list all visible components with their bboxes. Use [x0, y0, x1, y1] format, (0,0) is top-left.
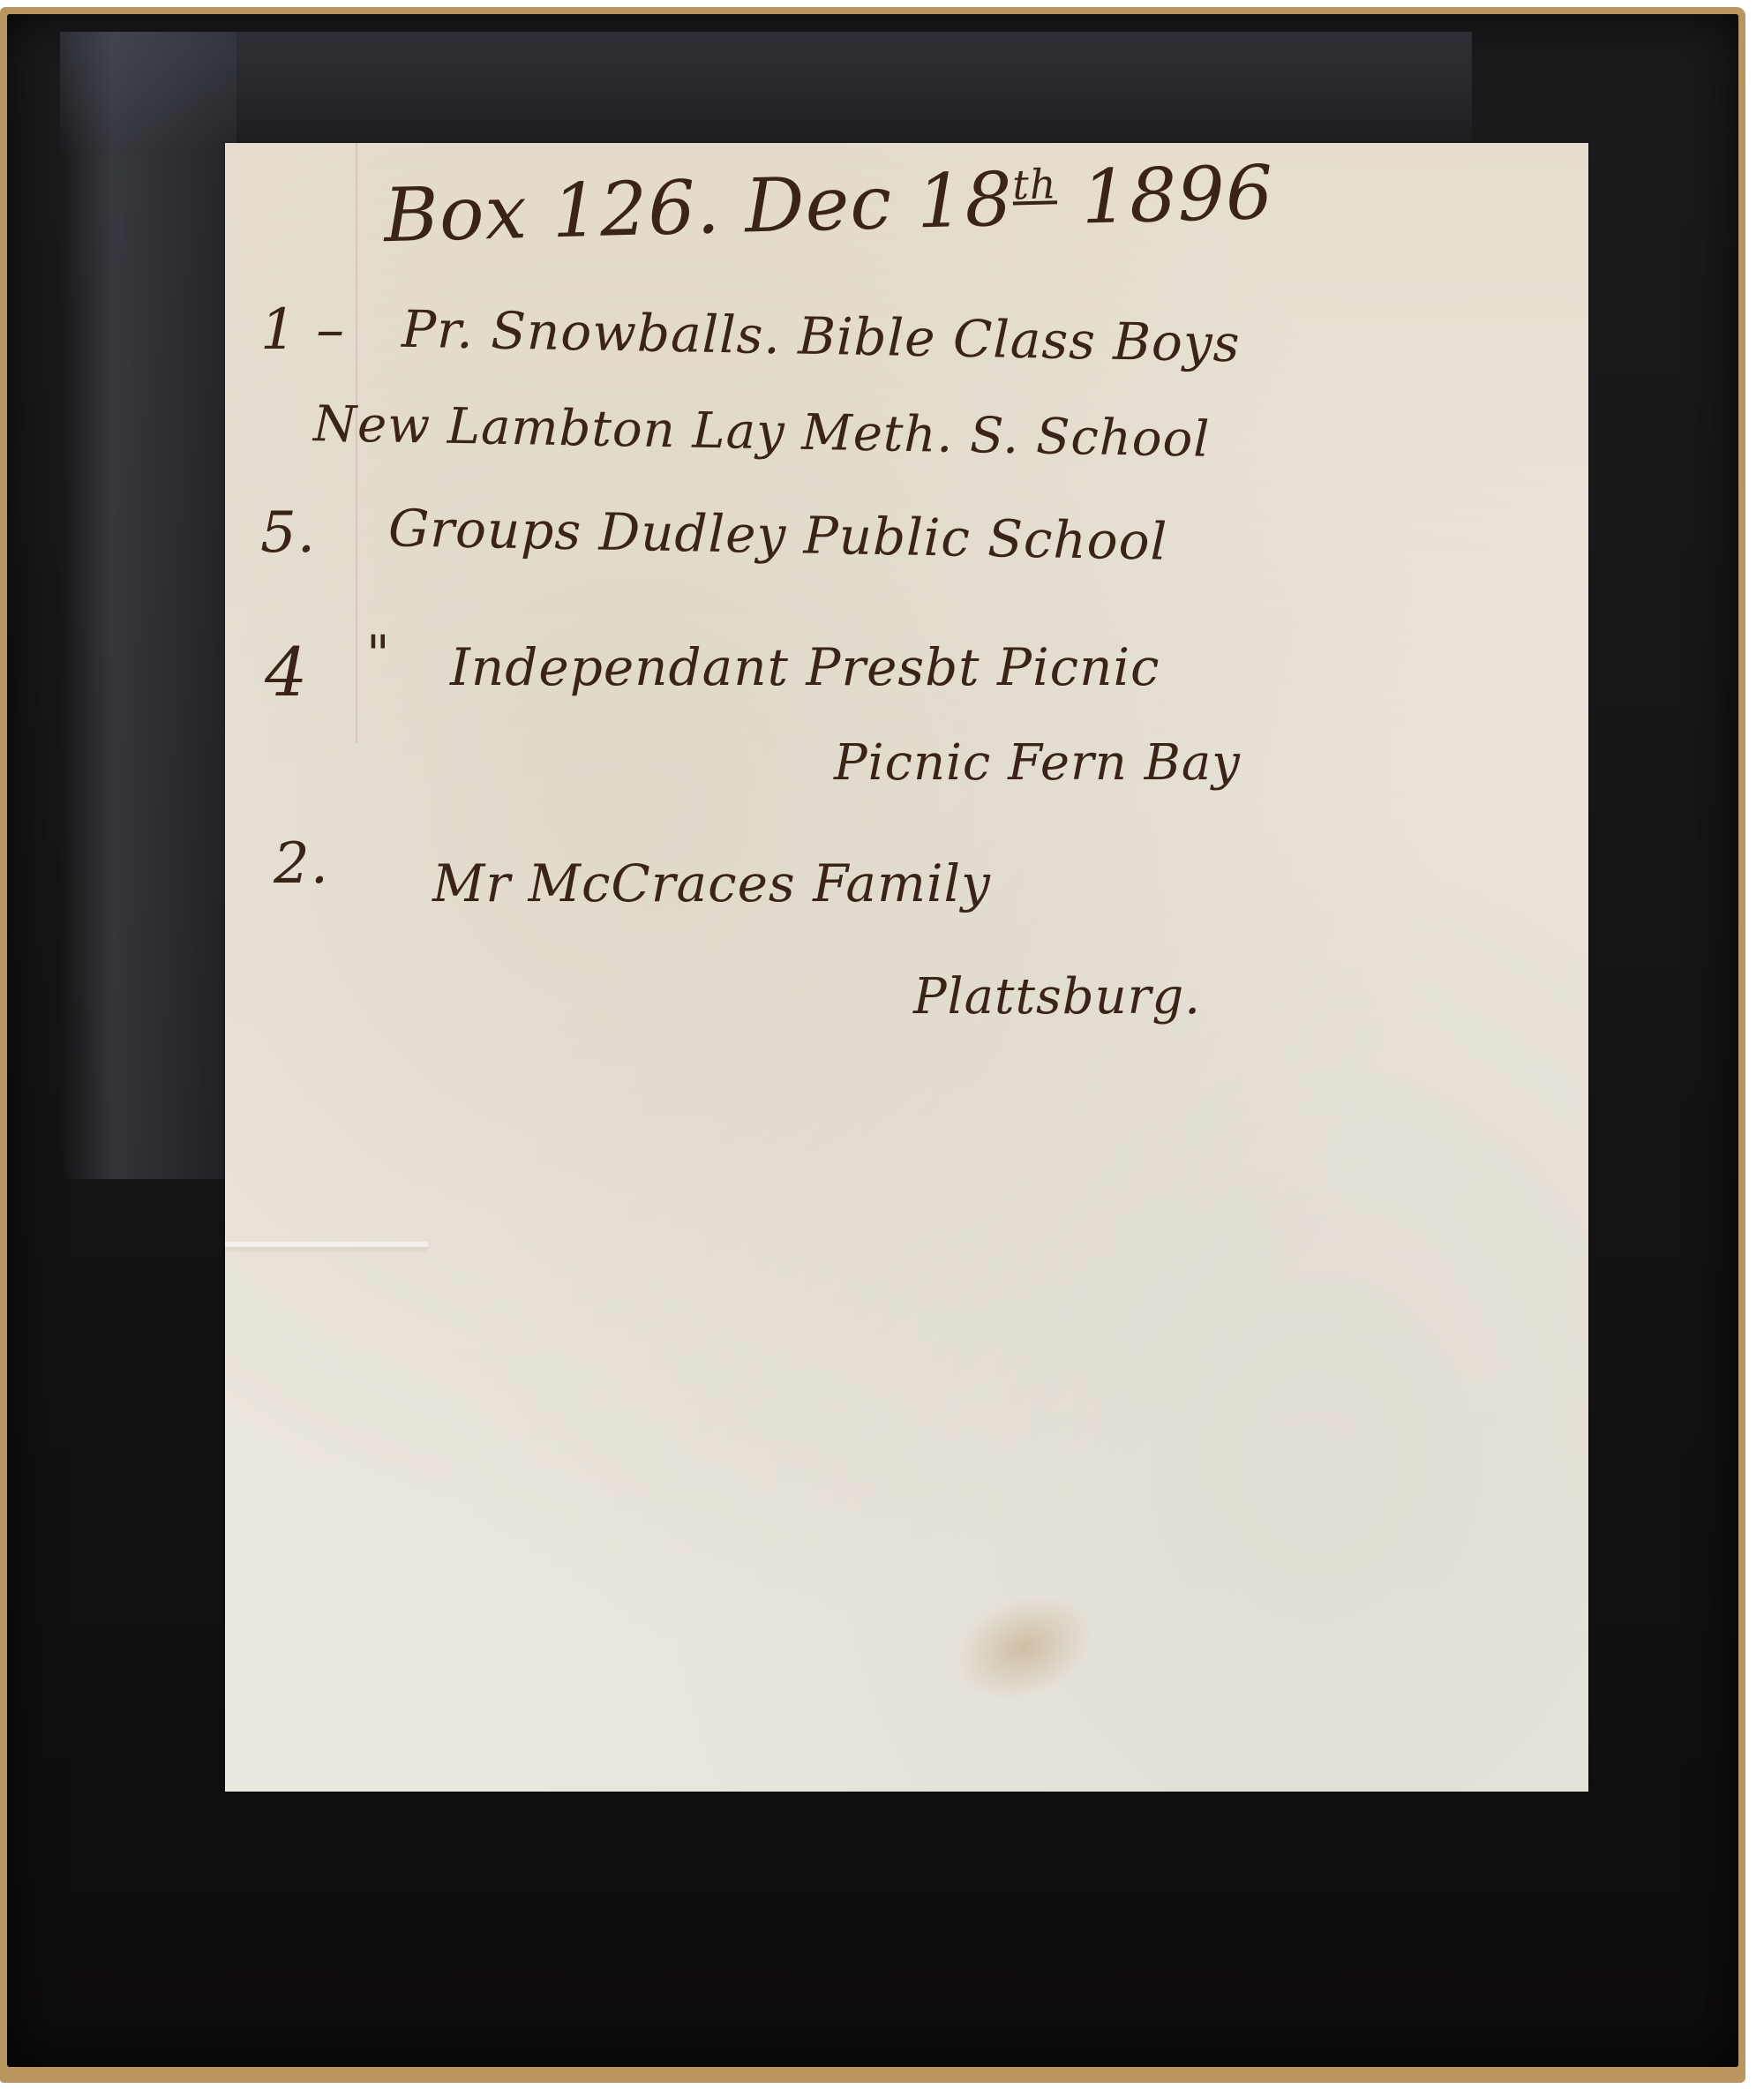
paper-stain [941, 1578, 1107, 1717]
entry-number: 1 – [260, 297, 345, 363]
entry-number: 5. [260, 500, 316, 566]
date-year: 1896 [1080, 149, 1274, 241]
entry-line: Picnic Fern Bay [834, 734, 1241, 792]
card-wear-mark [60, 32, 236, 1179]
ditto-mark: " [366, 624, 391, 684]
entry-number: 2. [274, 831, 329, 897]
paper-crease [225, 1242, 428, 1247]
entry-line: Plattsburg. [913, 968, 1201, 1026]
box-label: Box 126. [383, 163, 722, 259]
date-suffix: th [1012, 160, 1058, 208]
note-paper: Box 126. Dec 18th 1896 1 – Pr. Snowballs… [225, 143, 1588, 1792]
entry-line: Groups Dudley Public School [387, 498, 1167, 571]
note-header: Box 126. Dec 18th 1896 [383, 149, 1275, 259]
entry-line: New Lambton Lay Meth. S. School [313, 395, 1211, 469]
entry-line: Pr. Snowballs. Bible Class Boys [401, 299, 1241, 374]
card-wear-mark-top [60, 32, 1472, 155]
entry-line: Independant Presbt Picnic [450, 637, 1160, 697]
date-month: Dec [744, 159, 894, 249]
entry-number: 4 [265, 633, 308, 711]
entry-line: Mr McCraces Family [432, 853, 991, 913]
date-day: 18 [916, 156, 1014, 245]
